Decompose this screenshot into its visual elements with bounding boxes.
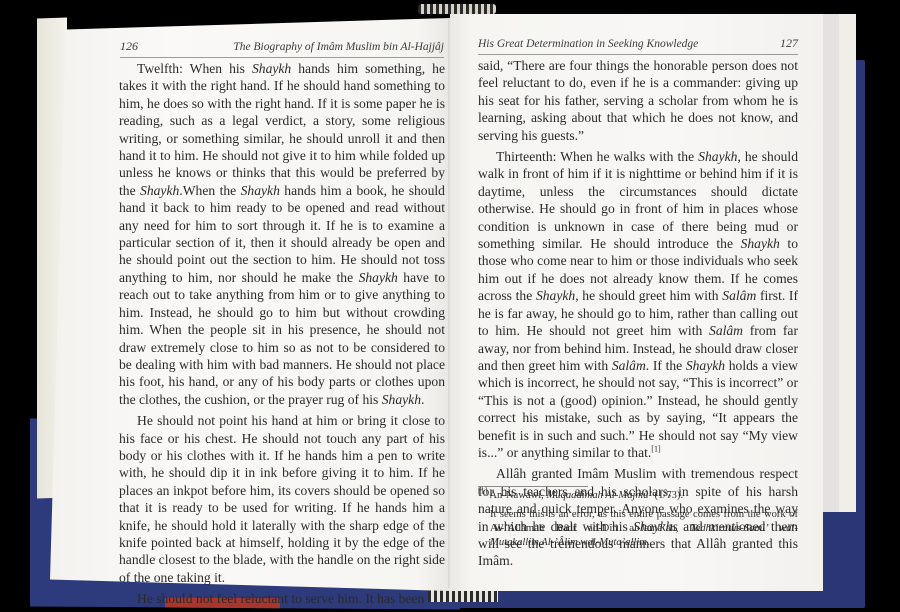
text-run: holds a view which is incorrect, he shou… [478,358,798,460]
text-run: said, “There are four things the honorab… [478,58,798,143]
left-page-header: 126 The Biography of Imâm Muslim bin Al-… [120,39,444,58]
italic-term: Shaykh [741,236,780,251]
text-run: hands him something, he takes it with th… [119,61,445,198]
page-edges-right [818,14,856,512]
left-page-body: Twelfth: When his Shaykh hands him somet… [119,60,445,612]
italic-term: Salâm [722,288,756,303]
paragraph: said, “There are four things the honorab… [478,57,798,144]
spine-head [418,4,496,14]
paragraph: Thirteenth: When he walks with the Shayk… [478,148,798,461]
text-run: (1/73). [652,490,683,501]
text-run: , he should greet him with [575,288,722,303]
text-run: Thirteenth: When he walks with the [496,149,698,164]
footnote-reference[interactable]: [1] [651,444,660,453]
text-run: . If the [646,358,686,373]
italic-term: Salâm [612,358,646,373]
paragraph: He should not point his hand at him or b… [119,412,445,586]
text-run: He should not feel reluctant to serve hi… [137,591,424,606]
text-run: have to reach out to take anything from … [119,270,445,407]
footnote-rule [478,486,588,487]
italic-term: Shaykh [241,183,280,198]
italic-term: Shaykh [140,183,179,198]
right-page-header: His Great Determination in Seeking Knowl… [478,36,798,55]
italic-term: Shaykh [359,270,398,285]
right-page-number: 127 [780,36,798,51]
text-run: Twelfth: When his [137,61,252,76]
italic-term: Shaykh [698,149,737,164]
left-page-number: 126 [120,39,138,54]
italic-term: Shaykh [252,61,291,76]
italic-term: Shaykh [382,392,421,407]
left-running-head: The Biography of Imâm Muslim bin Al-Hajj… [233,41,444,53]
footnote-marker: [1] [478,486,487,495]
italic-term: Muqaddimah Al-Majmû’ [546,490,651,501]
footnote: It seems this is an error, as this entir… [478,508,798,550]
footnotes: [1] An-Nawawi, Muqaddimah Al-Majmû’ (1/7… [478,489,798,555]
text-run: .When the [179,183,240,198]
right-running-head: His Great Determination in Seeking Knowl… [478,38,698,50]
italic-term: Shaykh [686,358,725,373]
text-run: He should not point his hand at him or b… [119,413,445,585]
footnote: [1] An-Nawawi, Muqaddimah Al-Majmû’ (1/7… [478,489,798,503]
italic-term: Salâm [709,323,743,338]
paragraph: He should not feel reluctant to serve hi… [119,590,445,607]
text-run: . [421,392,424,407]
text-run: An-Nawawi, [487,490,546,501]
italic-term: Shaykh [536,288,575,303]
book-gutter [448,18,452,588]
text-run: . [647,537,650,548]
paragraph: Twelfth: When his Shaykh hands him somet… [119,60,445,408]
